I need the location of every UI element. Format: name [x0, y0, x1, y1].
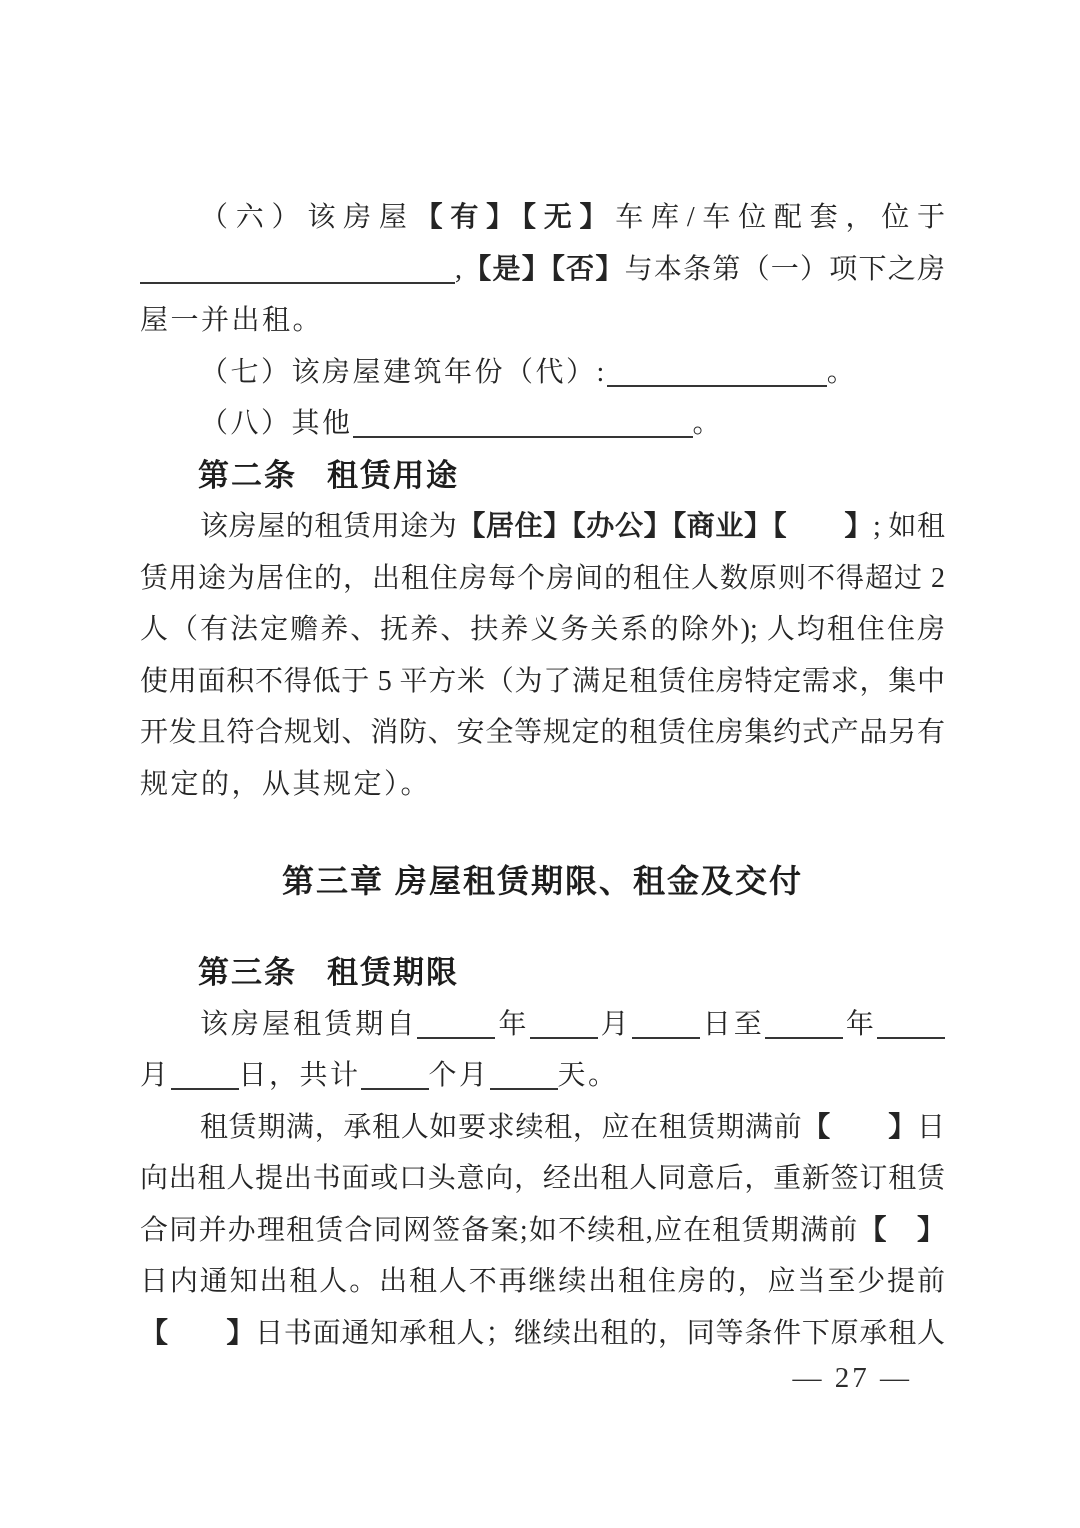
blank-field-end-year — [765, 1031, 843, 1039]
blank-field-build-year — [607, 379, 827, 387]
article-2-number: 第二条 — [198, 458, 297, 493]
chapter-3-heading: 第三章 房屋租赁期限、租金及交付 — [140, 855, 945, 907]
renewal-line-3: 合同并办理租赁合同网签备案;如不续租,应在租赁期满前【 】 — [140, 1205, 945, 1257]
blank-field-start-month — [530, 1031, 598, 1039]
blank-field-start-day — [632, 1031, 700, 1039]
renewal-text-2: 日 — [917, 1112, 945, 1143]
article-2-body-line-2: 赁用途为居住的，出租住房每个房间的租住人数原则不得超过 2 — [140, 553, 945, 605]
clause-6-line-3: 屋一并出租。 — [140, 295, 945, 347]
blank-field-total-days — [490, 1082, 558, 1090]
term-text-9: 天。 — [558, 1060, 619, 1091]
clause-6-text-3: 与本条第（一）项下之房 — [625, 254, 945, 285]
renewal-days-bracket-1: 【 】 — [802, 1112, 917, 1143]
article-2-body-line-1: 该房屋的租赁用途为【居住】【办公】【商业】【 】; 如租 — [140, 501, 945, 553]
clause-6-text-2: 车库/车位配套，位于 — [615, 202, 945, 233]
article-2-text-2: ; 如租 — [873, 511, 945, 542]
blank-field-other — [353, 430, 693, 438]
renewal-text-6: 日书面通知承租人；继续出租的，同等条件下原承租人 — [255, 1318, 945, 1349]
article-2-text-5: 使用面积不得低于 5 平方米（为了满足租赁住房特定需求，集中 — [140, 666, 945, 697]
term-line-1: 该房屋租赁期自年月日至年 — [140, 999, 945, 1051]
blank-field-end-day — [171, 1082, 239, 1090]
blank-field-start-year — [417, 1031, 495, 1039]
contract-page: （六）该房屋【有】【无】车库/车位配套，位于 ,【是】【否】与本条第（一）项下之… — [0, 0, 1080, 1528]
article-2-body-line-3: 人（有法定赡养、抚养、扶养义务关系的除外); 人均租住住房 — [140, 604, 945, 656]
blank-field-location — [140, 276, 455, 284]
clause-6-option-yes-no: 【是】【否】 — [462, 254, 625, 285]
term-text-3: 月 — [598, 1009, 632, 1040]
contract-body: （六）该房屋【有】【无】车库/车位配套，位于 ,【是】【否】与本条第（一）项下之… — [140, 192, 945, 1359]
article-2-text-3: 赁用途为居住的，出租住房每个房间的租住人数原则不得超过 2 — [140, 563, 945, 594]
clause-6-text: （六）该房屋 — [200, 202, 415, 233]
term-text-1: 该房屋租赁期自 — [200, 1009, 417, 1040]
article-2-body-line-5: 开发且符合规划、消防、安全等规定的租赁住房集约式产品另有 — [140, 707, 945, 759]
renewal-days-bracket-3: 【 】 — [140, 1318, 255, 1349]
term-text-5: 年 — [843, 1009, 877, 1040]
blank-field-total-months — [361, 1082, 429, 1090]
term-text-7: 日，共计 — [239, 1060, 361, 1091]
clause-7-text: （七）该房屋建筑年份（代）: — [200, 357, 607, 388]
renewal-line-2: 向出租人提出书面或口头意向，经出租人同意后，重新签订租赁 — [140, 1153, 945, 1205]
renewal-line-5: 【 】日书面通知承租人；继续出租的，同等条件下原承租人 — [140, 1308, 945, 1360]
article-2-text-6: 开发且符合规划、消防、安全等规定的租赁住房集约式产品另有 — [140, 717, 945, 748]
renewal-text-3: 向出租人提出书面或口头意向，经出租人同意后，重新签订租赁 — [140, 1163, 945, 1194]
clause-8-period: 。 — [693, 408, 724, 439]
term-text-4: 日至 — [700, 1009, 765, 1040]
renewal-line-4: 日内通知出租人。出租人不再继续出租住房的，应当至少提前 — [140, 1256, 945, 1308]
clause-6-option-has-none: 【有】【无】 — [415, 202, 616, 233]
clause-8-text: （八）其他 — [200, 408, 353, 439]
clause-7-line: （七）该房屋建筑年份（代）:。 — [140, 347, 945, 399]
article-2-text-1: 该房屋的租赁用途为 — [200, 511, 457, 542]
article-3-heading: 第三条租赁期限 — [140, 947, 945, 999]
clause-8-line: （八）其他。 — [140, 398, 945, 450]
clause-6-line-1: （六）该房屋【有】【无】车库/车位配套，位于 — [140, 192, 945, 244]
clause-6-line-2: ,【是】【否】与本条第（一）项下之房 — [140, 244, 945, 296]
renewal-text-5: 日内通知出租人。出租人不再继续出租住房的，应当至少提前 — [140, 1266, 945, 1297]
renewal-days-bracket-2: 【 】 — [859, 1215, 945, 1246]
renewal-text-1: 租赁期满，承租人如要求续租，应在租赁期满前 — [200, 1112, 802, 1143]
article-3-title: 租赁期限 — [327, 955, 459, 990]
term-text-2: 年 — [495, 1009, 529, 1040]
article-2-text-4: 人（有法定赡养、抚养、扶养义务关系的除外); 人均租住住房 — [140, 614, 945, 645]
renewal-text-4: 合同并办理租赁合同网签备案;如不续租,应在租赁期满前 — [140, 1215, 859, 1246]
term-text-8: 个月 — [429, 1060, 490, 1091]
article-2-heading: 第二条租赁用途 — [140, 450, 945, 502]
article-2-title: 租赁用途 — [327, 458, 459, 493]
renewal-line-1: 租赁期满，承租人如要求续租，应在租赁期满前【 】日 — [140, 1102, 945, 1154]
clause-6-text-4: 屋一并出租。 — [140, 305, 323, 336]
article-3-number: 第三条 — [198, 955, 297, 990]
clause-6-comma: , — [455, 254, 462, 285]
chapter-3-title: 第三章 房屋租赁期限、租金及交付 — [282, 863, 803, 899]
clause-7-period: 。 — [827, 357, 858, 388]
term-text-6: 月 — [140, 1060, 171, 1091]
term-line-2: 月日，共计个月天。 — [140, 1050, 945, 1102]
blank-field-end-month — [877, 1031, 945, 1039]
article-2-body-line-6: 规定的，从其规定）。 — [140, 759, 945, 811]
article-2-body-line-4: 使用面积不得低于 5 平方米（为了满足租赁住房特定需求，集中 — [140, 656, 945, 708]
page-number: — 27 — — [793, 1362, 913, 1395]
article-2-usage-options: 【居住】【办公】【商业】【 】 — [457, 511, 873, 542]
article-2-text-7: 规定的，从其规定）。 — [140, 769, 431, 800]
